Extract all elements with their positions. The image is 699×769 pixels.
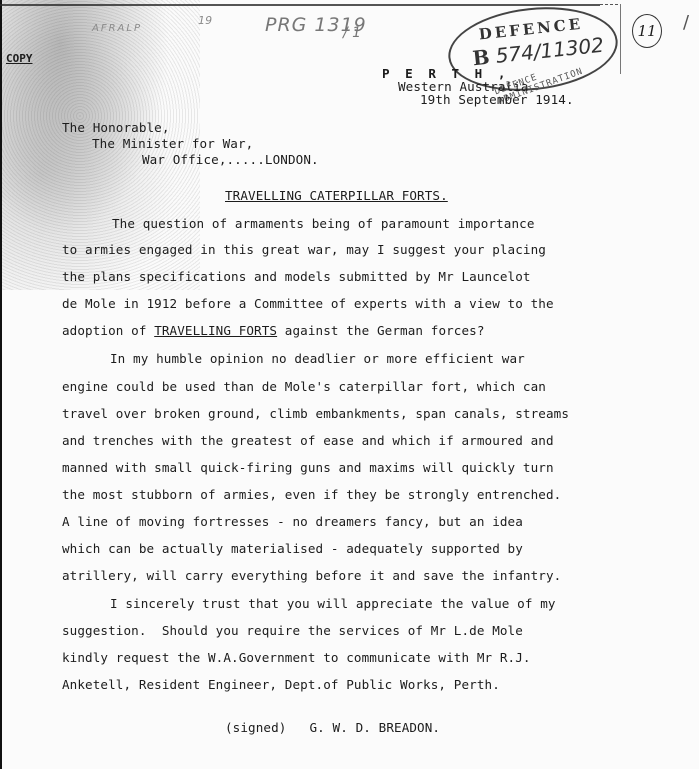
body-line-15: I sincerely trust that you will apprecia… [110,597,556,611]
recipient-line-2: The Minister for War, [92,137,253,151]
folio-number-circled: 11 [632,14,662,48]
body-line-18: Anketell, Resident Engineer, Dept.of Pub… [62,678,500,692]
body-line-3: the plans specifications and models subm… [62,270,531,284]
body-line-12: A line of moving fortresses - no dreamer… [62,515,523,529]
folio-mark: / [683,12,689,33]
travelling-forts-emphasis: TRAVELLING FORTS [154,323,277,338]
adoption-suffix: against the German forces? [285,323,485,338]
letter-date: 19th September 1914. [420,93,574,107]
body-line-14: atrillery, will carry everything before … [62,569,561,583]
body-line-17: kindly request the W.A.Government to com… [62,651,531,665]
signature-line: (signed) G. W. D. BREADON. [225,721,440,735]
recipient-line-1: The Honorable, [62,121,170,135]
body-line-11: the most stubborn of armies, even if the… [62,488,561,502]
body-line-8: travel over broken ground, climb embankm… [62,407,569,421]
body-line-5: adoption of TRAVELLING FORTS against the… [62,324,485,338]
body-line-10: manned with small quick-firing guns and … [62,461,554,475]
body-line-2: to armies engaged in this great war, may… [62,243,546,257]
recipient-line-3: War Office,.....LONDON. [142,153,319,167]
body-line-13: which can be actually materialised - ade… [62,542,523,556]
body-line-4: de Mole in 1912 before a Committee of ex… [62,297,554,311]
header-right-rule [620,4,621,74]
scribble-number: 19 [198,14,212,28]
adoption-prefix: adoption of [62,323,154,338]
body-line-6: In my humble opinion no deadlier or more… [110,352,525,366]
subject-heading: TRAVELLING CATERPILLAR FORTS. [225,189,448,203]
page-top-dotted-edge [160,4,620,5]
body-line-16: suggestion. Should you require the servi… [62,624,523,638]
body-line-1: The question of armaments being of param… [112,217,535,231]
scribble-top-left: AFRALP [92,22,142,36]
page-left-edge [0,0,2,769]
copy-label: COPY [6,52,33,65]
body-line-9: and trenches with the greatest of ease a… [62,434,554,448]
body-line-7: engine could be used than de Mole's cate… [62,380,546,394]
scanned-letter-page: AFRALP 19 COPY PRG 1319 / 1 11 / DEFENCE… [0,0,699,769]
archive-reference-tail: / 1 [343,25,361,41]
